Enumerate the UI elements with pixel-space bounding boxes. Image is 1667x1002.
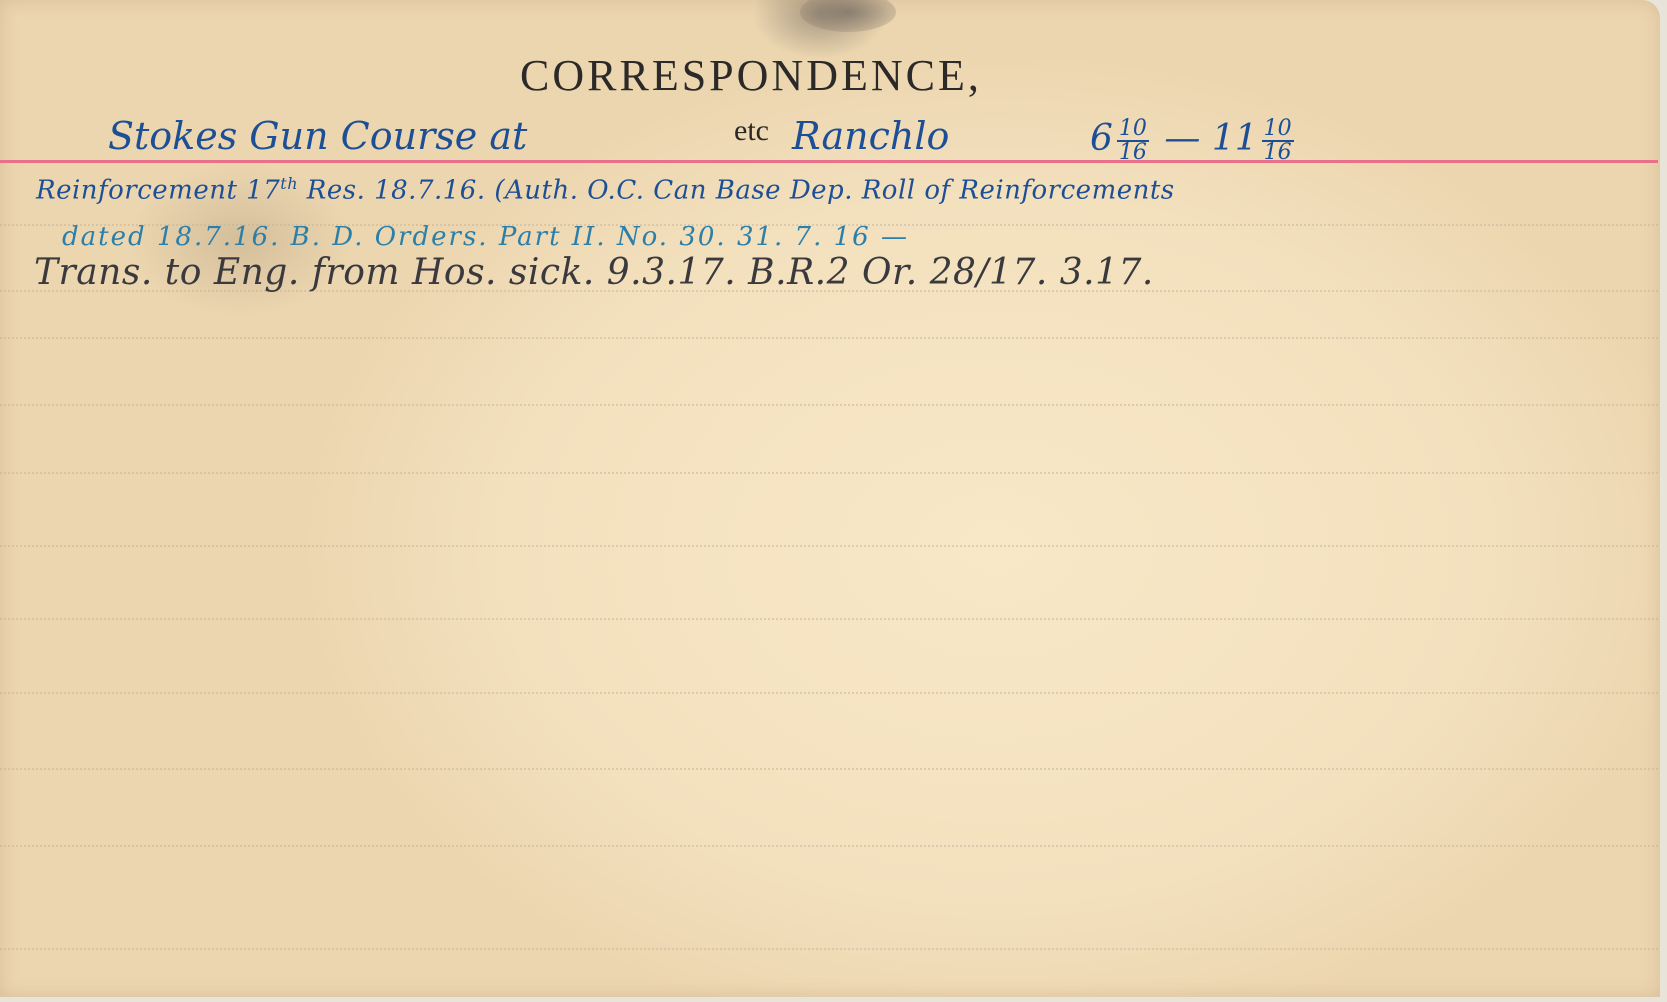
entry-4-text: Trans. to Eng. from Hos. sick. 9.3.17. B… [34, 252, 1154, 293]
ruled-line [0, 337, 1658, 339]
entry-2-text-a: Reinforcement 17 [36, 176, 280, 206]
ruled-line [0, 768, 1658, 770]
date-to-fraction: 1016 [1262, 118, 1294, 164]
ruled-line [0, 545, 1658, 547]
ruled-line [0, 404, 1658, 406]
ruled-line [0, 692, 1658, 694]
card-heading: CORRESPONDENCE, [520, 50, 1120, 101]
entry-2-ordinal: th [280, 174, 298, 193]
entry-line-2: Reinforcement 17th Res. 18.7.16. (Auth. … [36, 174, 1175, 206]
entry-line-4: Trans. to Eng. from Hos. sick. 9.3.17. B… [34, 252, 1154, 293]
entry-1-dates: 61016 — 111016 [1090, 118, 1298, 164]
red-rule-line [0, 160, 1658, 163]
punch-hole-stain [800, 0, 896, 32]
date-to-day: 11 [1212, 118, 1258, 159]
entry-1-location: Ranchlo [792, 114, 949, 158]
ruled-line [0, 845, 1658, 847]
entry-line-1: Stokes Gun Course at [108, 114, 527, 158]
ruled-line [0, 472, 1658, 474]
date-range-dash: — [1164, 118, 1200, 159]
entry-1-course-text: Stokes Gun Course at [108, 114, 527, 158]
entry-line-3: dated 18.7.16. B. D. Orders. Part II. No… [62, 222, 909, 252]
entry-line-1-cont: Ranchlo [792, 114, 949, 158]
date-from-fraction: 1016 [1117, 118, 1149, 164]
ruled-line [0, 618, 1658, 620]
ruled-line [0, 948, 1658, 950]
printed-etc: etc [734, 114, 769, 148]
entry-3-text: dated 18.7.16. B. D. Orders. Part II. No… [62, 222, 909, 252]
entry-2-text-b: Res. 18.7.16. (Auth. O.C. Can Base Dep. … [307, 176, 1175, 206]
correspondence-card: CORRESPONDENCE, Stokes Gun Course at etc… [0, 0, 1660, 997]
date-from-day: 6 [1090, 118, 1113, 159]
